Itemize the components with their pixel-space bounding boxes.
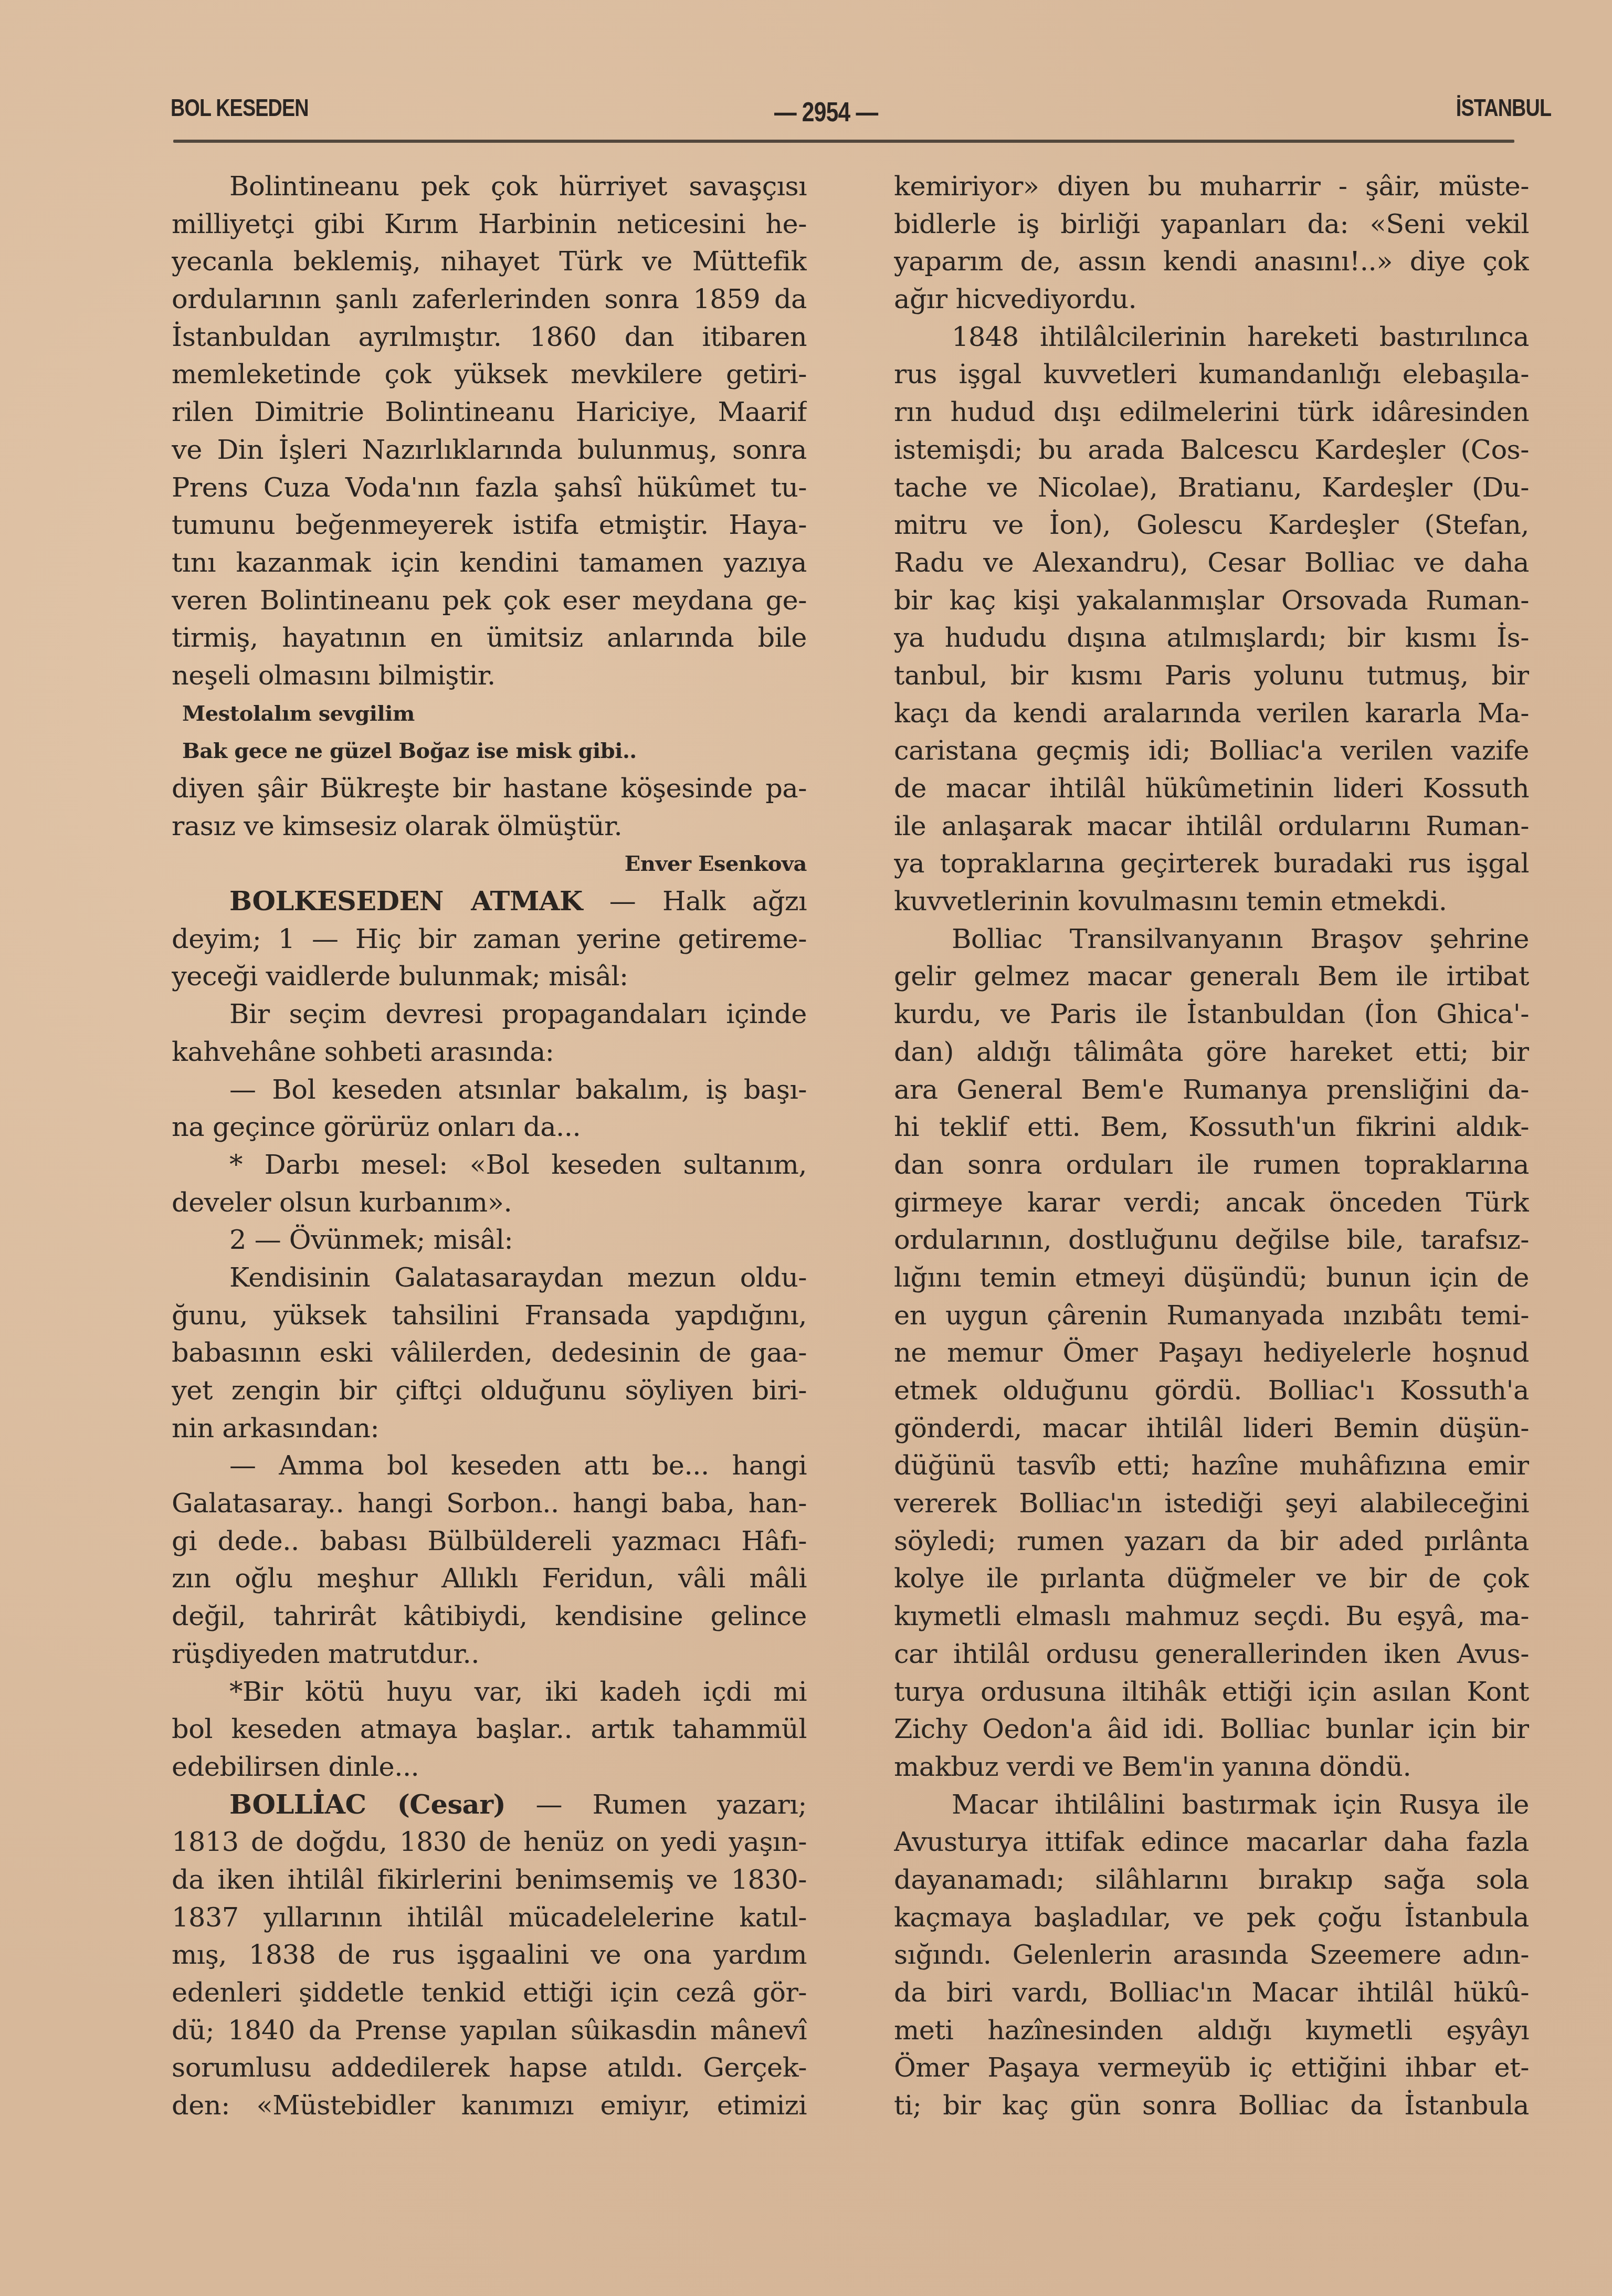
text-line: rilen Dimitrie Bolintineanu Hariciye, Ma… xyxy=(172,394,807,431)
text-line: yecanla beklemiş, nihayet Türk ve Müttef… xyxy=(172,243,807,281)
text-line: düğünü tasvîb etti; hazîne muhâfızına em… xyxy=(894,1447,1529,1485)
text-line: ve Din İşleri Nazırlıklarında bulunmuş, … xyxy=(172,431,807,469)
left-text-column: Bolintineanu pek çok hürriyet savaşçısım… xyxy=(172,168,807,2125)
text-line: değil, tahrirât kâtibiydi, kendisine gel… xyxy=(172,1598,807,1636)
text-line: da biri vardı, Bolliac'ın Macar ihtilâl … xyxy=(894,1974,1529,2012)
text-line: dan sonra orduları ile rumen toprakların… xyxy=(894,1146,1529,1184)
text-line: meti hazînesinden aldığı kıymetli eşyâyı xyxy=(894,2012,1529,2050)
text-line: deyim; 1 — Hiç bir zaman yerine getireme… xyxy=(172,921,807,959)
text-line: develer olsun kurbanım». xyxy=(172,1184,807,1222)
right-text-column: kemiriyor» diyen bu muharrir - şâir, müs… xyxy=(894,168,1529,2125)
text-line: edebilirsen dinle... xyxy=(172,1749,807,1786)
text-line: babasının eski vâlilerden, dedesinin de … xyxy=(172,1334,807,1372)
text-line: kuvvetlerinin kovulmasını temin etmekdi. xyxy=(894,883,1529,921)
text-line: *Bir kötü huyu var, iki kadeh içdi mi xyxy=(172,1673,807,1711)
text-line: ya topraklarına geçirterek buradaki rus … xyxy=(894,845,1529,883)
text-line: gi dede.. babası Bülbüldereli yazmacı Hâ… xyxy=(172,1523,807,1561)
page-number: — 2954 — xyxy=(774,97,878,128)
text-line: vererek Bolliac'ın istediği şeyi alabile… xyxy=(894,1485,1529,1523)
text-line: tumunu beğenmeyerek istifa etmiştir. Hay… xyxy=(172,507,807,544)
text-line: bol keseden atmaya başlar.. artık tahamm… xyxy=(172,1711,807,1749)
text-line: sorumlusu addedilerek hapse atıldı. Gerç… xyxy=(172,2049,807,2087)
text-line: ti; bir kaç gün sonra Bolliac da İstanbu… xyxy=(894,2087,1529,2125)
text-line: ya hududu dışına atılmışlardı; bir kısmı… xyxy=(894,619,1529,657)
text-line: Avusturya ittifak edince macarlar daha f… xyxy=(894,1824,1529,1861)
text-line: kıymetli elmaslı mahmuz seçdi. Bu eşyâ, … xyxy=(894,1598,1529,1636)
text-line: Enver Esenkova xyxy=(172,845,807,883)
text-line: BOLLİAC (Cesar) — Rumen yazarı; xyxy=(172,1786,807,1824)
text-line: Mestolalım sevgilim xyxy=(172,695,807,733)
header-entry-title: BOL KESEDEN xyxy=(171,93,309,122)
text-line: girmeye karar verdi; ancak önceden Türk xyxy=(894,1184,1529,1222)
text-line: sığındı. Gelenlerin arasında Szeemere ad… xyxy=(894,1936,1529,1974)
text-line: hi teklif etti. Bem, Kossuth'un fikrini … xyxy=(894,1109,1529,1146)
text-line: car ihtilâl ordusu generallerinden iken … xyxy=(894,1636,1529,1673)
text-line: en uygun çârenin Rumanyada ınzıbâtı temi… xyxy=(894,1297,1529,1335)
text-line: lığını temin etmeyi düşündü; bunun için … xyxy=(894,1259,1529,1297)
text-line: — Bol keseden atsınlar bakalım, iş başı- xyxy=(172,1071,807,1109)
text-line: kemiriyor» diyen bu muharrir - şâir, müs… xyxy=(894,168,1529,206)
text-line: ne memur Ömer Paşayı hediyelerle hoşnud xyxy=(894,1334,1529,1372)
header-volume-title: İSTANBUL xyxy=(1456,93,1551,122)
text-line: ordularının şanlı zaferlerinden sonra 18… xyxy=(172,281,807,319)
text-line: dayanamadı; silâhlarını bırakıp sağa sol… xyxy=(894,1861,1529,1899)
text-line: Zichy Oedon'a âid idi. Bolliac bunlar iç… xyxy=(894,1711,1529,1749)
text-line: * Darbı mesel: «Bol keseden sultanım, xyxy=(172,1146,807,1184)
text-line: tache ve Nicolae), Bratianu, Kardeşler (… xyxy=(894,469,1529,507)
text-line: tirmiş, hayatının en ümitsiz anlarında b… xyxy=(172,619,807,657)
text-line: ordularının, dostluğunu değilse bile, ta… xyxy=(894,1221,1529,1259)
text-line: kurdu, ve Paris ile İstanbuldan (İon Ghi… xyxy=(894,996,1529,1034)
text-line: ağır hicvediyordu. xyxy=(894,281,1529,319)
text-line: Radu ve Alexandru), Cesar Bolliac ve dah… xyxy=(894,544,1529,582)
text-line: caristana geçmiş idi; Bolliac'a verilen … xyxy=(894,732,1529,770)
entry-definition-start: — Rumen yazarı; xyxy=(505,1789,807,1820)
text-line: Ömer Paşaya vermeyüb iç ettiğini ihbar e… xyxy=(894,2049,1529,2087)
text-line: yaparım de, assın kendi anasını!..» diye… xyxy=(894,243,1529,281)
text-line: ara General Bem'e Rumanya prensliğini da… xyxy=(894,1071,1529,1109)
text-line: gönderdi, macar ihtilâl lideri Bemin düş… xyxy=(894,1410,1529,1448)
text-line: kaçı da kendi aralarında verilen kararla… xyxy=(894,695,1529,733)
text-line: 2 — Övünmek; misâl: xyxy=(172,1221,807,1259)
text-line: Kendisinin Galatasaraydan mezun oldu- xyxy=(172,1259,807,1297)
text-line: Galatasaray.. hangi Sorbon.. hangi baba,… xyxy=(172,1485,807,1523)
text-line: bir kaç kişi yakalanmışlar Orsovada Ruma… xyxy=(894,582,1529,620)
text-line: kolye ile pırlanta düğmeler ve bir de ço… xyxy=(894,1560,1529,1598)
text-line: memleketinde çok yüksek mevkilere getiri… xyxy=(172,356,807,394)
entry-headword: BOLKESEDEN ATMAK xyxy=(229,886,583,917)
text-line: turya ordusuna iltihâk ettiği için asıla… xyxy=(894,1673,1529,1711)
header-divider xyxy=(173,140,1514,143)
text-line: nin arkasından: xyxy=(172,1410,807,1448)
text-line: yet zengin bir çiftçi olduğunu söyliyen … xyxy=(172,1372,807,1410)
text-line: kahvehâne sohbeti arasında: xyxy=(172,1034,807,1071)
text-line: 1813 de doğdu, 1830 de henüz on yedi yaş… xyxy=(172,1824,807,1861)
text-line: dan) aldığı tâlimâta göre hareket etti; … xyxy=(894,1034,1529,1071)
text-line: söyledi; rumen yazarı da bir aded pırlân… xyxy=(894,1523,1529,1561)
text-line: diyen şâir Bükreşte bir hastane köşesind… xyxy=(172,770,807,808)
entry-headword: BOLLİAC (Cesar) xyxy=(229,1789,505,1820)
text-line: rın hudud dışı edilmelerini türk idâresi… xyxy=(894,394,1529,431)
text-line: rus işgal kuvvetleri kumandanlığı elebaş… xyxy=(894,356,1529,394)
text-line: mitru ve İon), Golescu Kardeşler (Stefan… xyxy=(894,507,1529,544)
text-line: mış, 1838 de rus işgaalini ve ona yardım xyxy=(172,1936,807,1974)
text-line: rüşdiyeden matrutdur.. xyxy=(172,1636,807,1673)
text-line: Macar ihtilâlini bastırmak için Rusya il… xyxy=(894,1786,1529,1824)
text-line: etmek olduğunu gördü. Bolliac'ı Kossuth'… xyxy=(894,1372,1529,1410)
text-line: Bak gece ne güzel Boğaz ise misk gibi.. xyxy=(172,732,807,770)
text-line: makbuz verdi ve Bem'in yanına döndü. xyxy=(894,1749,1529,1786)
text-line: kaçmaya başladılar, ve pek çoğu İstanbul… xyxy=(894,1899,1529,1937)
text-line: Bolliac Transilvanyanın Braşov şehrine xyxy=(894,921,1529,959)
text-line: ile anlaşarak macar ihtilâl ordularını R… xyxy=(894,808,1529,846)
text-line: tını kazanmak için kendini tamamen yazıy… xyxy=(172,544,807,582)
text-line: veren Bolintineanu pek çok eser meydana … xyxy=(172,582,807,620)
text-line: Bolintineanu pek çok hürriyet savaşçısı xyxy=(172,168,807,206)
text-line: den: «Müstebidler kanımızı emiyır, etimi… xyxy=(172,2087,807,2125)
text-line: bidlerle iş birliği yapanları da: «Seni … xyxy=(894,206,1529,244)
entry-definition-start: — Halk ağzı xyxy=(583,886,807,917)
text-line: Bir seçim devresi propagandaları içinde xyxy=(172,996,807,1034)
text-line: na geçince görürüz onları da... xyxy=(172,1109,807,1146)
text-line: istemişdi; bu arada Balcescu Kardeşler (… xyxy=(894,431,1529,469)
text-line: edenleri şiddetle tenkid ettiği için cez… xyxy=(172,1974,807,2012)
text-line: rasız ve kimsesiz olarak ölmüştür. xyxy=(172,808,807,846)
text-line: milliyetçi gibi Kırım Harbinin neticesin… xyxy=(172,206,807,244)
text-line: yeceği vaidlerde bulunmak; misâl: xyxy=(172,958,807,996)
text-line: dü; 1840 da Prense yapılan sûikasdin mân… xyxy=(172,2012,807,2050)
text-line: zın oğlu meşhur Allıklı Feridun, vâli mâ… xyxy=(172,1560,807,1598)
text-line: 1848 ihtilâlcilerinin hareketi bastırılı… xyxy=(894,319,1529,356)
text-line: de macar ihtilâl hükûmetinin lideri Koss… xyxy=(894,770,1529,808)
text-line: da iken ihtilâl fikirlerini benimsemiş v… xyxy=(172,1861,807,1899)
text-line: 1837 yıllarının ihtilâl mücadelelerine k… xyxy=(172,1899,807,1937)
text-line: İstanbuldan ayrılmıştır. 1860 dan itibar… xyxy=(172,319,807,356)
text-line: Prens Cuza Voda'nın fazla şahsî hükûmet … xyxy=(172,469,807,507)
text-line: — Amma bol keseden attı be... hangi xyxy=(172,1447,807,1485)
text-line: tanbul, bir kısmı Paris yolunu tutmuş, b… xyxy=(894,657,1529,695)
text-line: gelir gelmez macar generalı Bem ile irti… xyxy=(894,958,1529,996)
text-line: neşeli olmasını bilmiştir. xyxy=(172,657,807,695)
text-line: BOLKESEDEN ATMAK — Halk ağzı xyxy=(172,883,807,921)
running-header: BOL KESEDEN — 2954 — İSTANBUL xyxy=(171,89,1514,136)
text-line: ğunu, yüksek tahsilini Fransada yapdığın… xyxy=(172,1297,807,1335)
